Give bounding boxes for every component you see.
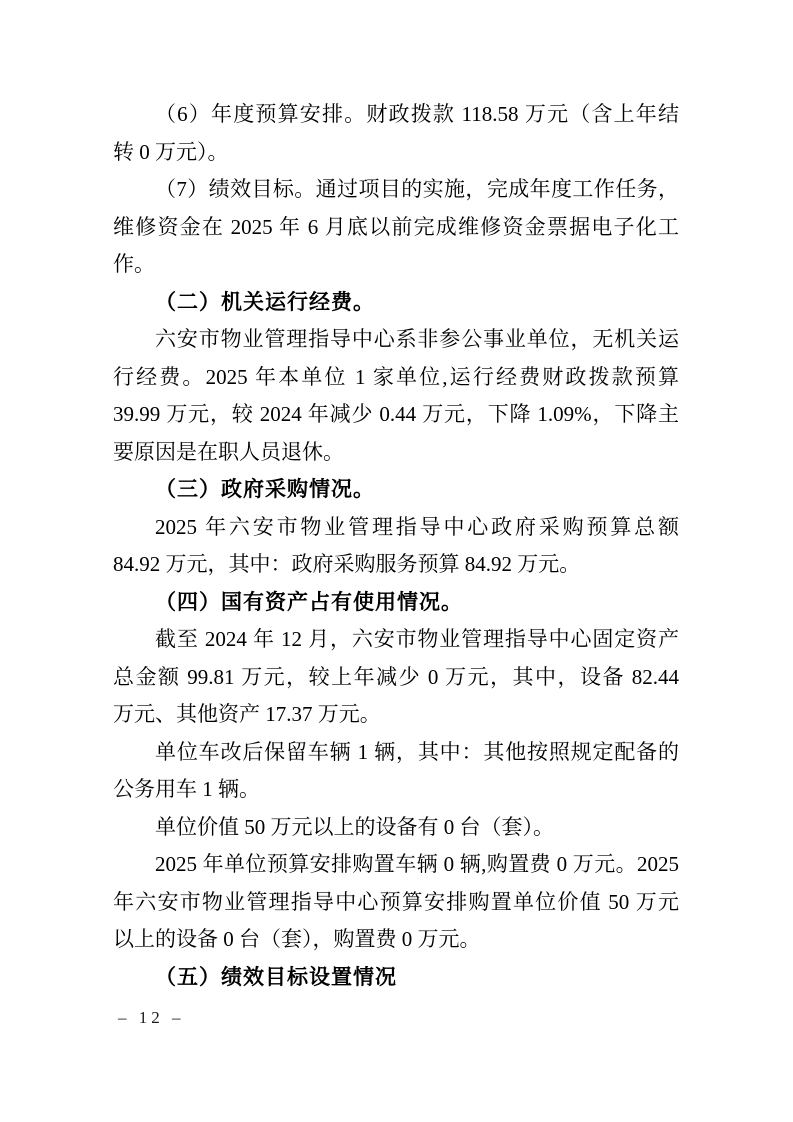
text-line: 39.99 万元，较 2024 年减少 0.44 万元，下降 1.09%，下降主 (113, 396, 679, 434)
paragraph-item-6-annual-budget: （6）年度预算安排。财政拨款 118.58 万元（含上年结 转 0 万元）。 (113, 96, 679, 171)
paragraph-2025-purchase-plan: 2025 年单位预算安排购置车辆 0 辆,购置费 0 万元。2025 年六安市物… (113, 846, 679, 959)
text-line: 转 0 万元）。 (113, 134, 679, 172)
text-line: 行经费。2025 年本单位 1 家单位,运行经费财政拨款预算 (113, 359, 679, 397)
section-heading-text: （二）机关运行经费。 (113, 284, 679, 322)
paragraph-item-7-performance-goal: （7）绩效目标。通过项目的实施，完成年度工作任务， 维修资金在 2025 年 6… (113, 171, 679, 284)
text-line: 万元、其他资产 17.37 万元。 (113, 696, 679, 734)
document-page: （6）年度预算安排。财政拨款 118.58 万元（含上年结 转 0 万元）。 （… (0, 0, 793, 1122)
text-line: 要原因是在职人员退休。 (113, 434, 679, 472)
paragraph-fixed-assets: 截至 2024 年 12 月，六安市物业管理指导中心固定资产 总金额 99.81… (113, 621, 679, 734)
text-line: 六安市物业管理指导中心系非参公事业单位，无机关运 (113, 321, 679, 359)
paragraph-equipment-over-500k: 单位价值 50 万元以上的设备有 0 台（套）。 (113, 809, 679, 847)
document-text-block: （6）年度预算安排。财政拨款 118.58 万元（含上年结 转 0 万元）。 （… (113, 96, 679, 996)
section-heading-2-operating-expenses: （二）机关运行经费。 (113, 284, 679, 322)
text-line: 总金额 99.81 万元，较上年减少 0 万元，其中，设备 82.44 (113, 659, 679, 697)
paragraph-government-procurement: 2025 年六安市物业管理指导中心政府采购预算总额 84.92 万元，其中：政府… (113, 509, 679, 584)
section-heading-3-government-procurement: （三）政府采购情况。 (113, 471, 679, 509)
text-line: 2025 年六安市物业管理指导中心政府采购预算总额 (113, 509, 679, 547)
text-line: 年六安市物业管理指导中心预算安排购置单位价值 50 万元 (113, 884, 679, 922)
paragraph-retained-vehicles: 单位车改后保留车辆 1 辆，其中：其他按照规定配备的 公务用车 1 辆。 (113, 734, 679, 809)
section-heading-text: （三）政府采购情况。 (113, 471, 679, 509)
text-line: 84.92 万元，其中：政府采购服务预算 84.92 万元。 (113, 546, 679, 584)
text-line: （7）绩效目标。通过项目的实施，完成年度工作任务， (113, 171, 679, 209)
page-number: – 12 – (118, 1008, 185, 1028)
text-line: 以上的设备 0 台（套），购置费 0 万元。 (113, 921, 679, 959)
section-heading-text: （五）绩效目标设置情况 (113, 959, 679, 997)
section-heading-4-state-assets: （四）国有资产占有使用情况。 (113, 584, 679, 622)
section-heading-text: （四）国有资产占有使用情况。 (113, 584, 679, 622)
text-line: 截至 2024 年 12 月，六安市物业管理指导中心固定资产 (113, 621, 679, 659)
text-line: 作。 (113, 246, 679, 284)
section-heading-5-performance-goal-setting: （五）绩效目标设置情况 (113, 959, 679, 997)
text-line: （6）年度预算安排。财政拨款 118.58 万元（含上年结 (113, 96, 679, 134)
text-line: 单位价值 50 万元以上的设备有 0 台（套）。 (113, 809, 679, 847)
text-line: 2025 年单位预算安排购置车辆 0 辆,购置费 0 万元。2025 (113, 846, 679, 884)
text-line: 维修资金在 2025 年 6 月底以前完成维修资金票据电子化工 (113, 209, 679, 247)
text-line: 公务用车 1 辆。 (113, 771, 679, 809)
text-line: 单位车改后保留车辆 1 辆，其中：其他按照规定配备的 (113, 734, 679, 772)
paragraph-operating-expenses: 六安市物业管理指导中心系非参公事业单位，无机关运 行经费。2025 年本单位 1… (113, 321, 679, 471)
